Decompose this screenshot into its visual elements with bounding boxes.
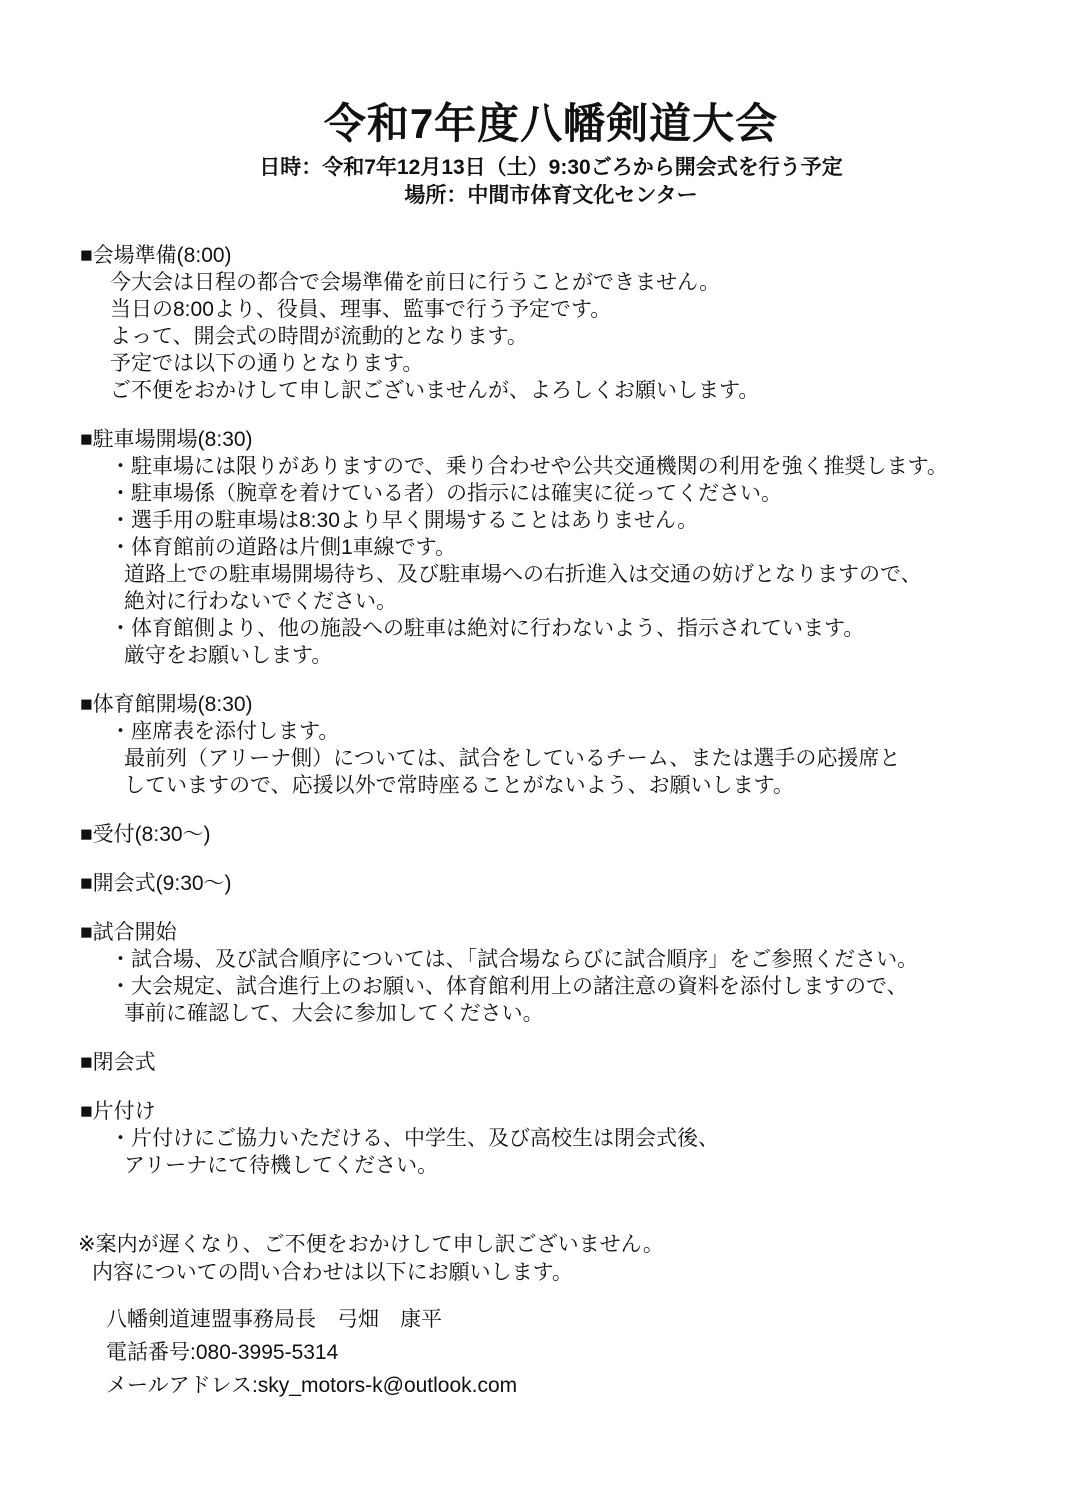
section-line: ・座席表を添付します。 — [80, 718, 1022, 745]
section-line: 道路上での駐車場開場待ち、及び駐車場への右折進入は交通の妨げとなりますので、 — [80, 561, 1022, 588]
note-line-inquiry: 内容についての問い合わせは以下にお願いします。 — [92, 1259, 1022, 1287]
section-line: ・体育館側より、他の施設への駐車は絶対に行わないよう、指示されています。 — [80, 615, 1022, 642]
section: ■片付け・片付けにご協力いただける、中学生、及び高校生は閉会式後、アリーナにて待… — [80, 1098, 1022, 1179]
section: ■閉会式 — [80, 1049, 1022, 1076]
section-heading: ■閉会式 — [80, 1049, 1022, 1076]
section-line: 事前に確認して、大会に参加してください。 — [80, 1000, 1022, 1027]
section-line: ・体育館前の道路は片側1車線です。 — [80, 534, 1022, 561]
section-heading: ■体育館開場(8:30) — [80, 691, 1022, 718]
section-line: ・選手用の駐車場は8:30より早く開場することはありません。 — [80, 507, 1022, 534]
section-heading: ■開会式(9:30～) — [80, 870, 1022, 897]
section: ■受付(8:30～) — [80, 821, 1022, 848]
section-line: ・大会規定、試合進行上のお願い、体育館利用上の諸注意の資料を添付しますので、 — [80, 973, 1022, 1000]
notes-block: ※案内が遅くなり、ご不便をおかけして申し訳ございません。 内容についての問い合わ… — [80, 1231, 1022, 1287]
section: ■試合開始・試合場、及び試合順序については、「試合場ならびに試合順序」をご参照く… — [80, 919, 1022, 1027]
section-line: ご不便をおかけして申し訳ございませんが、よろしくお願いします。 — [80, 377, 1022, 404]
contact-email: メールアドレス:sky_motors-k@outlook.com — [106, 1369, 1022, 1402]
section-heading: ■片付け — [80, 1098, 1022, 1125]
contact-phone: 電話番号:080-3995-5314 — [106, 1336, 1022, 1369]
section-line: アリーナにて待機してください。 — [80, 1152, 1022, 1179]
section-line: 今大会は日程の都合で会場準備を前日に行うことができません。 — [80, 269, 1022, 296]
section-line: 厳守をお願いします。 — [80, 642, 1022, 669]
document-page: 令和7年度八幡剣道大会 日時：令和7年12月13日（土）9:30ごろから開会式を… — [0, 0, 1082, 1512]
section-line: ・駐車場係（腕章を着けている者）の指示には確実に従ってください。 — [80, 480, 1022, 507]
section-heading: ■受付(8:30～) — [80, 821, 1022, 848]
section: ■会場準備(8:00)今大会は日程の都合で会場準備を前日に行うことができません。… — [80, 242, 1022, 404]
section-line: 絶対に行わないでください。 — [80, 588, 1022, 615]
section-line: よって、開会式の時間が流動的となります。 — [80, 323, 1022, 350]
section-line: ・試合場、及び試合順序については、「試合場ならびに試合順序」をご参照ください。 — [80, 946, 1022, 973]
section: ■体育館開場(8:30)・座席表を添付します。最前列（アリーナ側）については、試… — [80, 691, 1022, 799]
contact-block: 八幡剣道連盟事務局長 弓畑 康平 電話番号:080-3995-5314 メールア… — [80, 1303, 1022, 1402]
section-line: ・片付けにご協力いただける、中学生、及び高校生は閉会式後、 — [80, 1125, 1022, 1152]
section: ■開会式(9:30～) — [80, 870, 1022, 897]
contact-name: 八幡剣道連盟事務局長 弓畑 康平 — [106, 1303, 1022, 1336]
section-line: 最前列（アリーナ側）については、試合をしているチーム、または選手の応援席と — [80, 745, 1022, 772]
section-heading: ■会場準備(8:00) — [80, 242, 1022, 269]
section-heading: ■駐車場開場(8:30) — [80, 426, 1022, 453]
section-heading: ■試合開始 — [80, 919, 1022, 946]
document-header: 令和7年度八幡剣道大会 日時：令和7年12月13日（土）9:30ごろから開会式を… — [80, 100, 1022, 210]
section-line: 予定では以下の通りとなります。 — [80, 350, 1022, 377]
note-line-apology: ※案内が遅くなり、ご不便をおかけして申し訳ございません。 — [78, 1231, 1022, 1259]
section-line: していますので、応援以外で常時座ることがないよう、お願いします。 — [80, 772, 1022, 799]
section: ■駐車場開場(8:30)・駐車場には限りがありますので、乗り合わせや公共交通機関… — [80, 426, 1022, 669]
document-title: 令和7年度八幡剣道大会 — [80, 100, 1022, 148]
event-datetime: 日時：令和7年12月13日（土）9:30ごろから開会式を行う予定 — [80, 154, 1022, 182]
sections-container: ■会場準備(8:00)今大会は日程の都合で会場準備を前日に行うことができません。… — [80, 242, 1022, 1179]
section-line: ・駐車場には限りがありますので、乗り合わせや公共交通機関の利用を強く推奨します。 — [80, 453, 1022, 480]
section-line: 当日の8:00より、役員、理事、監事で行う予定です。 — [80, 296, 1022, 323]
event-location: 場所：中間市体育文化センター — [80, 182, 1022, 210]
